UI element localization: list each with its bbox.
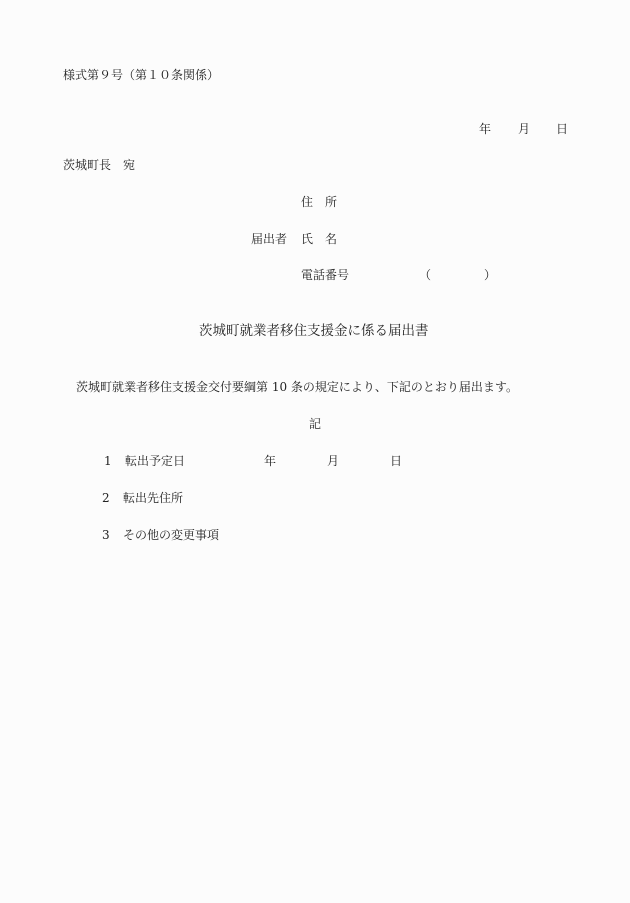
date-year-label: 年 (479, 122, 491, 136)
name-label: 氏 名 (301, 232, 337, 246)
phone-paren-open: （ (419, 268, 431, 282)
item-label: 転出先住所 (123, 491, 183, 505)
address-label: 住 所 (301, 195, 337, 209)
addressee: 茨城町長 宛 (63, 158, 135, 172)
item-number: 1 (104, 454, 112, 468)
applicant-label: 届出者 (251, 232, 287, 246)
item-label: 転出予定日 (125, 454, 185, 468)
item-number: 3 (102, 528, 110, 542)
item-label: その他の変更事項 (123, 528, 219, 542)
date-day-label: 日 (556, 122, 568, 136)
phone-label: 電話番号 (301, 268, 349, 282)
ki-label: 記 (309, 417, 321, 431)
document-title: 茨城町就業者移住支援金に係る届出書 (199, 324, 429, 338)
item-year-label: 年 (264, 454, 276, 468)
form-number: 様式第９号（第１０条関係） (63, 68, 219, 82)
item-day-label: 日 (390, 454, 402, 468)
item-month-label: 月 (327, 454, 339, 468)
date-month-label: 月 (518, 122, 530, 136)
item-number: 2 (102, 491, 110, 505)
phone-paren-close: ） (484, 268, 496, 282)
body-text: 茨城町就業者移住支援金交付要綱第 10 条の規定により、下記のとおり届出ます。 (76, 380, 518, 394)
